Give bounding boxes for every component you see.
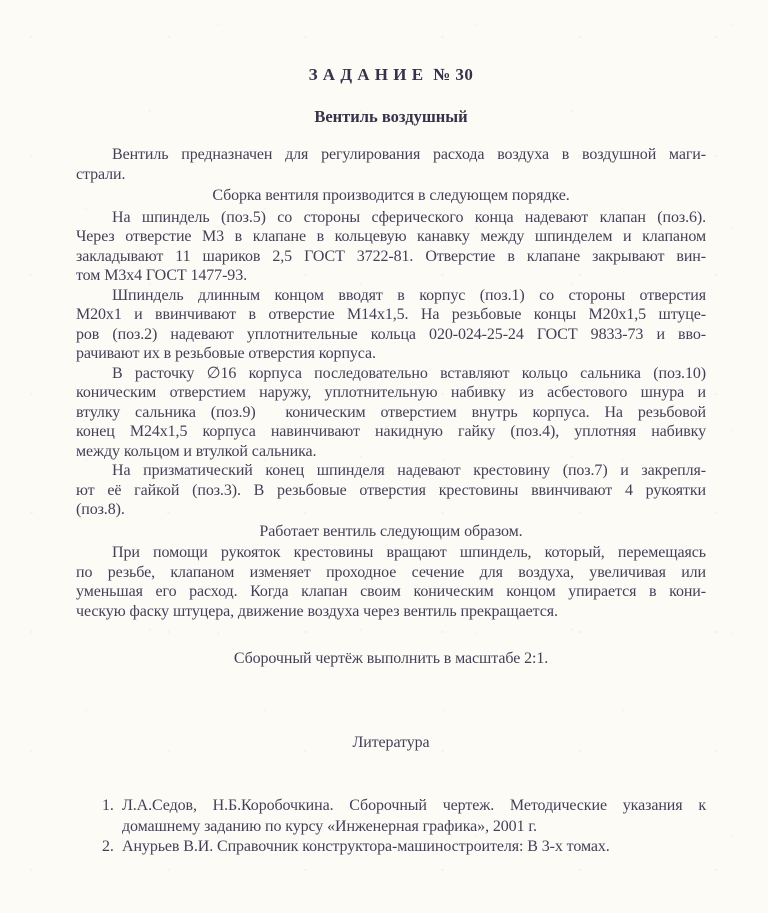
paragraph-line: Шпиндель длинным концом вводят в корпус …	[76, 286, 706, 306]
operation-intro: Работает вентиль следующим образом.	[76, 522, 706, 542]
document-body: Вентиль предназначен для регулирования р…	[76, 145, 706, 858]
crosspiece-step: На призматический конец шпинделя надеваю…	[76, 461, 706, 520]
paragraph-line: На шпиндель (поз.5) со стороны сферическ…	[76, 208, 706, 228]
scale-note: Сборочный чертёж выполнить в масштабе 2:…	[76, 649, 706, 669]
list-item-number: 1.	[102, 796, 122, 837]
list-item-text: Анурьев В.И. Справочник конструктора-маш…	[122, 837, 706, 858]
paragraph-line: втулку сальника (поз.9) коническим отвер…	[76, 403, 706, 423]
paragraph-line: М20х1 и ввинчивают в отверстие М14х1,5. …	[76, 305, 706, 325]
operation-description: При помощи рукояток крестовины вращают ш…	[76, 543, 706, 621]
paragraph-line: рачивают их в резьбовые отверстия корпус…	[76, 344, 706, 364]
paragraph-line: закладывают 11 шариков 2,5 ГОСТ 3722-81.…	[76, 247, 706, 267]
assembly-intro: Сборка вентиля производится в следующем …	[76, 186, 706, 206]
paragraph-line: коническим отверстием наружу, уплотнител…	[76, 383, 706, 403]
paragraph-line: При помощи рукояток крестовины вращают ш…	[76, 543, 706, 563]
list-item-line: Анурьев В.И. Справочник конструктора-маш…	[122, 837, 706, 858]
paragraph-line: между кольцом и втулкой сальника.	[76, 442, 706, 462]
list-item-line: домашнему заданию по курсу «Инженерная г…	[122, 817, 706, 838]
paragraph-line: уменьшая его расход. Когда клапан своим …	[76, 582, 706, 602]
literature-heading: Литература	[76, 733, 706, 753]
paragraph-line: В расточку ∅16 корпуса последовательно в…	[76, 364, 706, 384]
list-item-line: Л.А.Седов, Н.Б.Коробочкина. Сборочный че…	[122, 796, 706, 817]
paragraph-line: страли.	[76, 165, 706, 185]
paragraph-line: Вентиль предназначен для регулирования р…	[76, 145, 706, 165]
paragraph-line: ческую фаску штуцера, движение воздуха ч…	[76, 602, 706, 622]
list-item: 2.Анурьев В.И. Справочник конструктора-м…	[76, 837, 706, 858]
paragraph-line: На призматический конец шпинделя надеваю…	[76, 461, 706, 481]
list-item-text: Л.А.Седов, Н.Б.Коробочкина. Сборочный че…	[122, 796, 706, 837]
page-title: З А Д А Н И Е № 30	[76, 64, 706, 86]
purpose-paragraph: Вентиль предназначен для регулирования р…	[76, 145, 706, 184]
paragraph-line: конец М24х1,5 корпуса навинчивают накидн…	[76, 422, 706, 442]
spindle-valve-step: На шпиндель (поз.5) со стороны сферическ…	[76, 208, 706, 286]
gland-assembly-step: В расточку ∅16 корпуса последовательно в…	[76, 364, 706, 462]
literature-list: 1.Л.А.Седов, Н.Б.Коробочкина. Сборочный …	[76, 796, 706, 858]
document-page: З А Д А Н И Е № 30 Вентиль воздушный Вен…	[76, 64, 706, 858]
spindle-body-step: Шпиндель длинным концом вводят в корпус …	[76, 286, 706, 364]
paragraph-line: (поз.8).	[76, 500, 706, 520]
paragraph-line: по резьбе, клапаном изменяет проходное с…	[76, 563, 706, 583]
list-item: 1.Л.А.Седов, Н.Б.Коробочкина. Сборочный …	[76, 796, 706, 837]
list-item-number: 2.	[102, 837, 122, 858]
paragraph-line: том М3х4 ГОСТ 1477-93.	[76, 266, 706, 286]
document-subtitle: Вентиль воздушный	[76, 106, 706, 128]
paragraph-line: Через отверстие М3 в клапане в кольцевую…	[76, 227, 706, 247]
paragraph-line: ют её гайкой (поз.3). В резьбовые отверс…	[76, 481, 706, 501]
paragraph-line: ров (поз.2) надевают уплотнительные коль…	[76, 325, 706, 345]
